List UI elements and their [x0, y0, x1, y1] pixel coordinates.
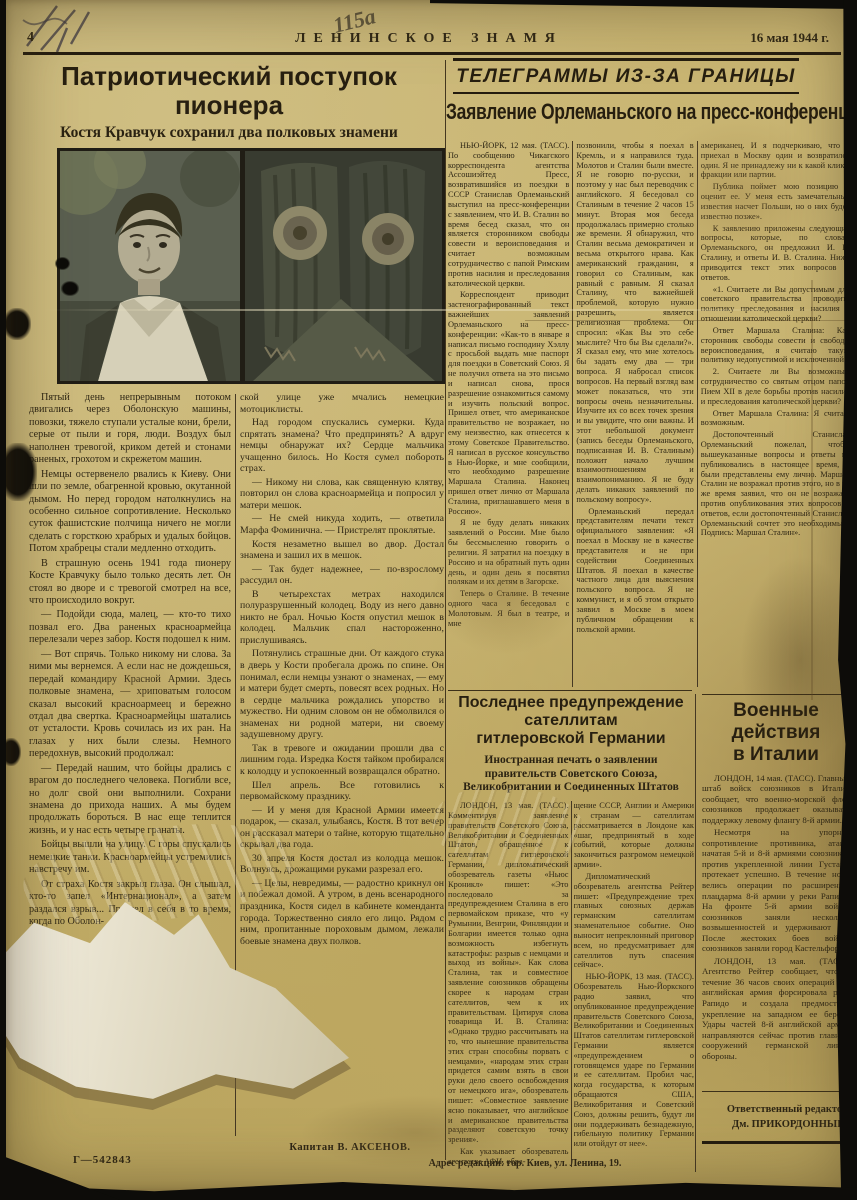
masthead-date: 16 мая 1944 г. [750, 30, 829, 46]
paragraph: ЛОНДОН, 14 мая. (ТАСС). Главный штаб вой… [702, 773, 850, 826]
paragraph: Ответ Маршала Сталина: Как сторонник сво… [701, 326, 850, 365]
warning-column-2: щение СССР, Англии и Америки к странам —… [574, 801, 695, 1167]
paragraph: Шел апрель. Все готовились к первомайско… [240, 780, 444, 803]
telegrams-section-header: ТЕЛЕГРАММЫ ИЗ-ЗА ГРАНИЦЫ [453, 58, 799, 94]
paragraph: — Не смей никуда ходить, — ответила Марф… [240, 513, 444, 536]
paper-hole [3, 308, 31, 340]
paragraph: НЬЮ-ЙОРК, 13 мая. (ТАСС). Обозреватель Н… [574, 972, 695, 1149]
paragraph: В четырехстах метрах находился полуразру… [240, 589, 444, 647]
paragraph: Достопочтенный Станислав Орлеманьский по… [701, 430, 850, 538]
paragraph: Пятый день непрерывным потоком двигались… [29, 392, 231, 467]
masthead-title: ЛЕНИНСКОЕ ЗНАМЯ [5, 31, 853, 47]
paragraph: ЛОНДОН, 13 мая. (ТАСС). Агентство Рейтер… [702, 956, 850, 1061]
boy-portrait-photo [60, 151, 240, 381]
paper-hole [61, 281, 79, 296]
paper-stain [60, 635, 190, 730]
paragraph: Так в тревоге и ожидании прошли два с ли… [240, 743, 444, 778]
paragraph: — Никому ни слова, как священную клятву,… [240, 477, 444, 512]
paragraph: Потянулись страшные дни. От каждого стук… [240, 648, 444, 740]
warning-title-line2: гитлеровской Германии [448, 730, 694, 748]
editor-rule-thick [702, 1141, 850, 1144]
paragraph: Костя незаметно вышел во двор. Достал зн… [240, 539, 444, 562]
paper-stain [300, 1095, 530, 1170]
paragraph: щение СССР, Англии и Америки к странам —… [574, 801, 695, 870]
paragraph: Корреспондент приводит застенографирован… [448, 290, 569, 516]
scan-edge [0, 0, 6, 1200]
paragraph: Над городом спускались сумерки. Куда спр… [240, 417, 444, 475]
warning-article-title: Последнее предупреждение сателлитам гитл… [448, 694, 694, 748]
orlemansky-article-title: Заявление Орлеманьского на пресс-конфере… [446, 99, 854, 125]
paragraph: Дипломатический обозреватель агентства Р… [574, 872, 695, 970]
paper-hole [55, 257, 70, 270]
editor-name: Дм. ПРИКОРДОННЫЙ. [702, 1117, 848, 1133]
newspaper-sheet: 115а 4 ЛЕНИНСКОЕ ЗНАМЯ 16 мая 1944 г. Па… [5, 0, 853, 1192]
warning-title-line1: Последнее предупреждение сателлитам [448, 694, 694, 730]
paragraph: Ответ Маршала Сталина: Я считаю возможны… [701, 409, 850, 429]
italy-article: Военные действия в Италии ЛОНДОН, 14 мая… [702, 694, 850, 1144]
fold-line [811, 280, 813, 700]
paragraph: В страшную осень 1941 года пионеру Косте… [29, 558, 231, 608]
two-banners-photo [245, 151, 442, 381]
editor-block: Ответственный редактор Дм. ПРИКОРДОННЫЙ. [702, 1092, 850, 1142]
fold-line [525, 320, 845, 321]
editor-label: Ответственный редактор [702, 1102, 848, 1118]
fold-line [45, 309, 845, 311]
paragraph: Немцы остервенело рвались к Киеву. Они ш… [29, 469, 231, 556]
paragraph: НЬЮ-ЙОРК, 12 мая. (ТАСС). По сообщению Ч… [448, 141, 569, 288]
paragraph: Несмотря на упорное сопротивление против… [702, 827, 850, 954]
scanned-newspaper-page: 115а 4 ЛЕНИНСКОЕ ЗНАМЯ 16 мая 1944 г. Па… [0, 0, 857, 1200]
paragraph: Орлеманьский передал представителям печа… [576, 507, 693, 635]
paragraph: 2. Считаете ли Вы возможным сотрудничест… [701, 367, 850, 406]
paragraph: ской улице уже мчались немецкие мотоцикл… [240, 392, 444, 415]
photo-strip [57, 148, 445, 384]
print-code: Г—542843 [73, 1154, 132, 1166]
section-rule [448, 690, 692, 691]
paper-stain [645, 115, 835, 275]
paper-stain [430, 535, 580, 655]
left-article-subtitle: Костя Кравчук сохранил два полковых знам… [25, 124, 433, 142]
italy-article-body: ЛОНДОН, 14 мая. (ТАСС). Главный штаб вой… [702, 773, 850, 1085]
paragraph: — Так будет надежнее, — по-взрослому рас… [240, 564, 444, 587]
column-divider [695, 694, 696, 1172]
left-article-title: Патриотический поступок пионера [25, 62, 433, 119]
masthead-rule [23, 52, 841, 55]
warning-article: Последнее предупреждение сателлитам гитл… [448, 694, 694, 1170]
column-divider [571, 801, 572, 1167]
paragraph: «1. Считаете ли Вы допустимым для советс… [701, 285, 850, 324]
